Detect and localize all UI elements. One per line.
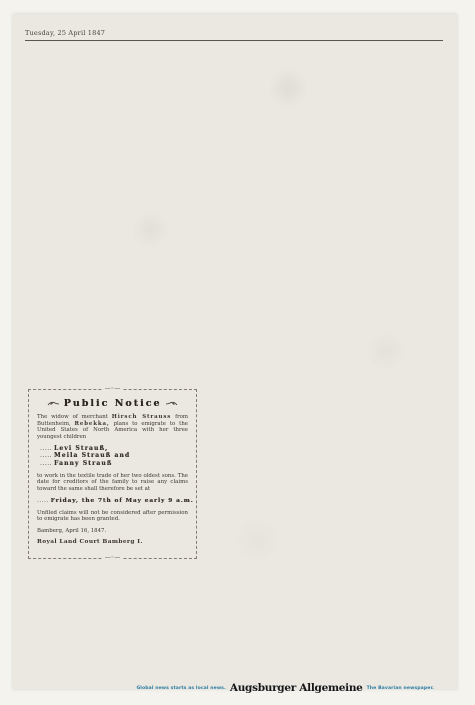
notice-body: to work in the textile trade of her two … — [37, 473, 188, 493]
notice-closing: Unfiled claims will not be considered af… — [37, 510, 188, 523]
border-ornament-bottom: —◦— — [102, 555, 124, 561]
newspaper-sheet: Tuesday, 25 April 1847 —◦— —◦— Public No… — [13, 14, 457, 689]
name-hirsch-strauss: Hirsch Strauss — [112, 414, 172, 420]
dateline: Tuesday, 25 April 1847 — [25, 29, 105, 37]
notice-title-row: Public Notice — [37, 398, 188, 409]
dot-leader: ..... — [37, 498, 49, 504]
dot-leader: ..... — [40, 452, 52, 459]
notice-title: Public Notice — [64, 398, 162, 409]
ad-page: Tuesday, 25 April 1847 —◦— —◦— Public No… — [0, 0, 475, 705]
name-rebekka: Rebekka, — [75, 421, 110, 427]
header-rule — [25, 40, 443, 41]
dot-leader: ..... — [40, 460, 52, 467]
intro-text: The widow of merchant — [37, 414, 108, 420]
leaf-ornament-icon — [47, 400, 60, 408]
list-item: ..... Fanny Strauß — [40, 460, 188, 468]
place-date: Bamberg, April 16, 1847. — [37, 528, 188, 535]
notice-intro: The widow of merchant Hirsch Strauss fro… — [37, 414, 188, 441]
leaf-ornament-icon — [165, 400, 178, 408]
children-list: ..... Levi Strauß, ..... Meila Strauß an… — [40, 445, 188, 468]
tagline-right: The Bavarian newspaper. — [367, 686, 434, 691]
child-name: Meila Strauß and — [54, 452, 130, 459]
dot-leader: ..... — [40, 445, 52, 452]
deadline-line: ..... Friday, the 7th of May early 9 a.m… — [37, 498, 188, 505]
child-name: Levi Strauß, — [54, 445, 108, 452]
border-ornament-top: —◦— — [102, 386, 124, 392]
brand-footer: Global news starts as local news. Augsbu… — [136, 682, 434, 694]
brand-masthead: Augsburger Allgemeine — [230, 682, 363, 694]
list-item: ..... Meila Strauß and — [40, 452, 188, 460]
list-item: ..... Levi Strauß, — [40, 445, 188, 453]
court-signature: Royal Land Court Bamberg I. — [37, 539, 188, 546]
deadline-date: Friday, the 7th of May early 9 a.m. — [51, 498, 194, 504]
child-name: Fanny Strauß — [54, 460, 112, 467]
public-notice-box: —◦— —◦— Public Notice The widow of merch… — [28, 389, 197, 559]
tagline-left: Global news starts as local news. — [136, 686, 225, 691]
